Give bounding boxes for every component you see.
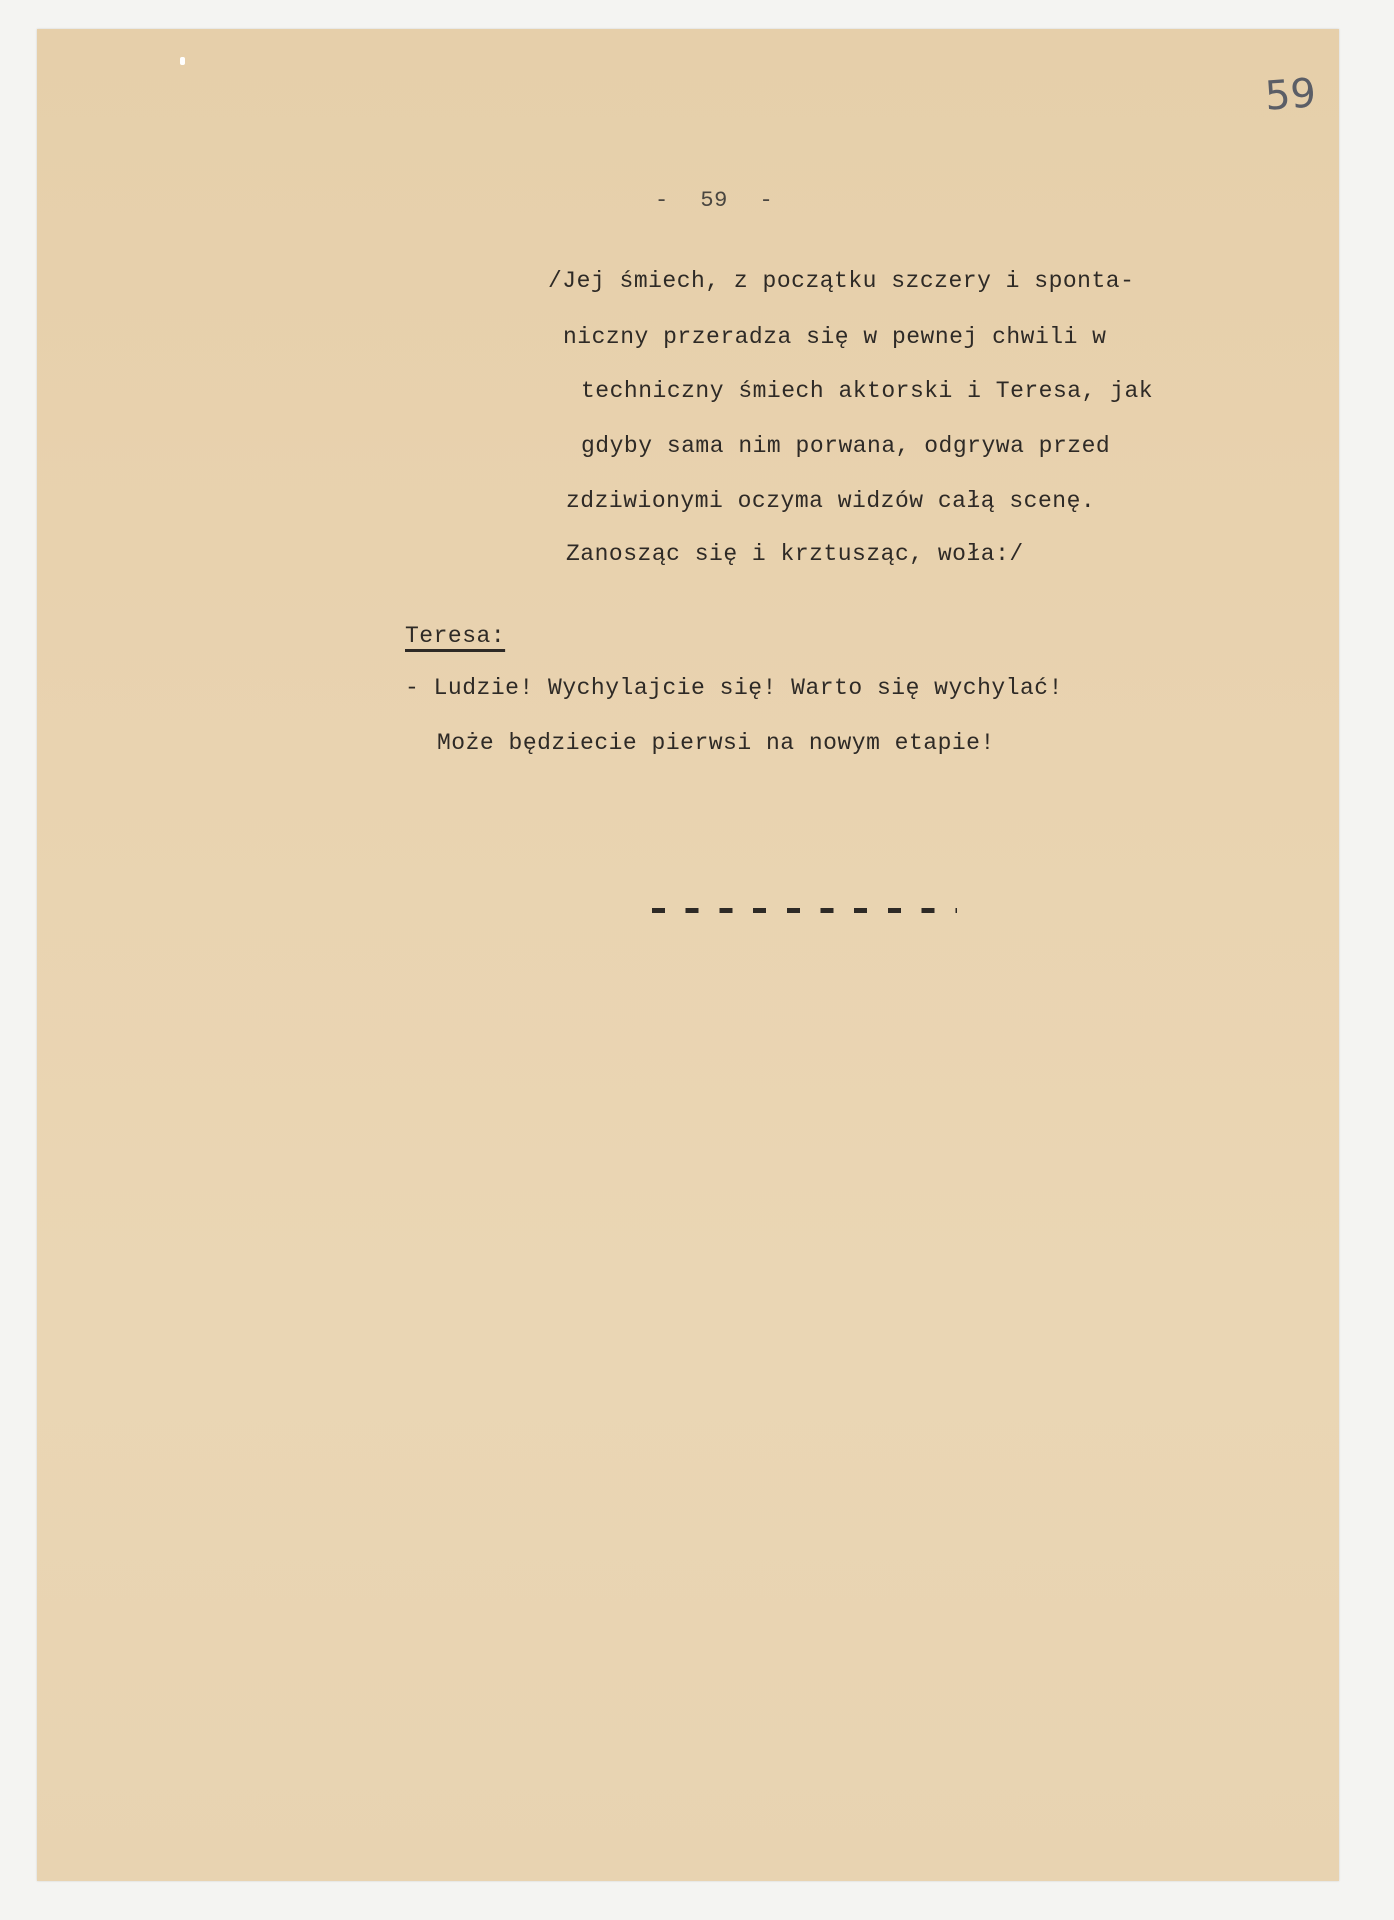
stage-direction-line: gdyby sama nim porwana, odgrywa przed [581, 433, 1110, 459]
typewritten-page [37, 29, 1339, 1881]
stage-direction-line: techniczny śmiech aktorski i Teresa, jak [581, 378, 1153, 404]
handwritten-page-number: 59 [1263, 70, 1317, 119]
paper-hole [180, 57, 185, 65]
end-dashed-rule [652, 908, 957, 913]
speaker-name: Teresa: [405, 623, 505, 649]
typed-page-number: - 59 - [655, 188, 773, 213]
dialogue-line: - Ludzie! Wychylajcie się! Warto się wyc… [405, 675, 1063, 701]
stage-direction-line: Zanosząc się i krztusząc, woła:/ [566, 541, 1024, 567]
stage-direction-line: zdziwionymi oczyma widzów całą scenę. [566, 488, 1095, 514]
dialogue-line: Może będziecie pierwsi na nowym etapie! [437, 730, 995, 756]
stage-direction-line: /Jej śmiech, z początku szczery i sponta… [548, 268, 1134, 294]
stage-direction-line: niczny przeradza się w pewnej chwili w [563, 324, 1107, 350]
